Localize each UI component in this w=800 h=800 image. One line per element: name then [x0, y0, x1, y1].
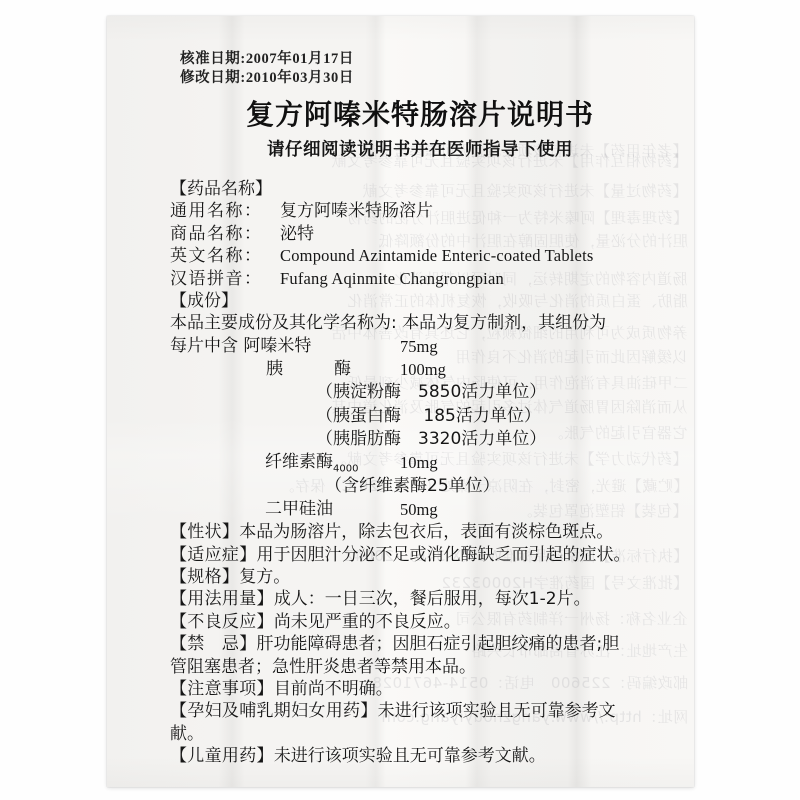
pinyin-name-label: 汉语拼音：	[170, 268, 280, 290]
composition-row: 每片中含 阿嗪米特75mg	[170, 335, 670, 358]
section-text: 未进行该项实验且无可靠参考文献。	[274, 746, 546, 766]
section-text: 肝功能障碍患者；因胆石症引起胆绞痛的患者;胆	[257, 634, 620, 654]
ingredient-name: 纤维素酶4000	[265, 452, 358, 472]
ingredient-name: （胰淀粉酶 5850活力单位）	[316, 382, 546, 402]
section-line: 献。	[170, 723, 670, 745]
composition-row: 二甲硅油50mg	[170, 498, 670, 521]
english-name-value: Compound Azintamide Enteric-coated Table…	[280, 245, 593, 267]
section-line: 【适应症】用于因胆汁分泌不足或消化酶缺乏而引起的症状。	[170, 544, 670, 566]
drug-name-section-header: 【药品名称】	[170, 178, 670, 200]
composition-row: （胰淀粉酶 5850活力单位）	[170, 381, 670, 404]
section-line: 【不良反应】尚未见严重的不良反应。	[170, 611, 670, 633]
section-header: 【用法用量】	[170, 589, 274, 609]
composition-intro: 本品主要成份及其化学名称为: 本品为复方制剂，其组份为	[170, 312, 670, 334]
section-line: 【规格】复方。	[170, 566, 670, 588]
section-line: 【儿童用药】未进行该项实验且无可靠参考文献。	[170, 745, 670, 767]
ingredient-name: 每片中含 阿嗪米特	[170, 336, 311, 356]
photo-background: 【老年用药】未进行该项实验且无可靠参考文献【药物相互作用】未进行该项实验且无可靠…	[0, 0, 800, 800]
ingredient-amount: 100mg	[400, 358, 446, 381]
composition-row: 纤维素酶400010mg	[170, 451, 670, 474]
ingredient-name: 二甲硅油	[265, 499, 333, 519]
section-text: 本品为肠溶片，除去包衣后，表面有淡棕色斑点。	[239, 522, 613, 542]
generic-name-value: 复方阿嗪米特肠溶片	[280, 200, 433, 222]
ingredient-amount: 10mg	[400, 451, 438, 474]
english-name-label: 英文名称：	[170, 245, 280, 267]
leaflet-body: 【药品名称】 通用名称： 复方阿嗪米特肠溶片 商品名称： 泌特 英文名称： Co…	[170, 178, 670, 768]
section-text: 目前尚不明确。	[274, 679, 393, 699]
pinyin-name-value: Fufang Aqinmite Changrongpian	[280, 268, 504, 290]
composition-row: 胰 酶100mg	[170, 358, 670, 381]
section-text: 用于因胆汁分泌不足或消化酶缺乏而引起的症状。	[257, 545, 631, 565]
section-header: 【性状】	[170, 522, 239, 542]
composition-rows: 每片中含 阿嗪米特75mg胰 酶100mg（胰淀粉酶 5850活力单位）（胰蛋白…	[170, 335, 670, 521]
ingredient-name: 胰 酶	[266, 359, 351, 379]
approval-date: 核准日期:2007年01月17日	[180, 50, 670, 69]
composition-row: （含纤维素酶25单位）	[170, 475, 670, 498]
trade-name-row: 商品名称： 泌特	[170, 223, 670, 245]
composition-section-header: 【成份】	[170, 290, 670, 312]
section-line: 【性状】本品为肠溶片，除去包衣后，表面有淡棕色斑点。	[170, 521, 670, 543]
composition-row: （胰脂肪酶 3320活力单位）	[170, 428, 670, 451]
composition-row: （胰蛋白酶 185活力单位）	[170, 405, 670, 428]
section-header: 【注意事项】	[170, 679, 274, 699]
ingredient-name: （含纤维素酶25单位）	[325, 476, 500, 496]
ingredient-name: （胰蛋白酶 185活力单位）	[316, 406, 541, 426]
english-name-row: 英文名称： Compound Azintamide Enteric-coated…	[170, 245, 670, 267]
leaflet-content: 核准日期:2007年01月17日 修改日期:2010年03月30日 复方阿嗪米特…	[107, 16, 694, 768]
section-header: 【规格】	[170, 567, 239, 587]
section-text: 管阻塞患者；急性肝炎患者等禁用本品。	[170, 657, 476, 677]
section-line: 管阻塞患者；急性肝炎患者等禁用本品。	[170, 656, 670, 678]
ingredient-name: （胰脂肪酶 3320活力单位）	[316, 429, 546, 449]
ingredient-subscript: 4000	[333, 464, 358, 475]
section-text: 未进行该项实验且无可靠参考文	[378, 701, 616, 721]
section-header: 【适应症】	[170, 545, 257, 565]
section-text: 成人：一日三次，餐后服用，每次1-2片。	[274, 589, 591, 609]
revision-date: 修改日期:2010年03月30日	[180, 69, 670, 88]
section-text: 献。	[170, 724, 204, 744]
section-text: 复方。	[239, 567, 290, 587]
section-header: 【不良反应】	[170, 612, 274, 632]
section-line: 【孕妇及哺乳期妇女用药】未进行该项实验且无可靠参考文	[170, 700, 670, 722]
ingredient-amount: 50mg	[400, 498, 438, 521]
generic-name-label: 通用名称：	[170, 200, 280, 222]
section-line: 【用法用量】成人：一日三次，餐后服用，每次1-2片。	[170, 588, 670, 610]
generic-name-row: 通用名称： 复方阿嗪米特肠溶片	[170, 200, 670, 222]
trade-name-value: 泌特	[280, 223, 314, 245]
leaflet-subtitle: 请仔细阅读说明书并在医师指导下使用	[170, 138, 670, 162]
sections: 【性状】本品为肠溶片，除去包衣后，表面有淡棕色斑点。【适应症】用于因胆汁分泌不足…	[170, 521, 670, 767]
leaflet-paper: 【老年用药】未进行该项实验且无可靠参考文献【药物相互作用】未进行该项实验且无可靠…	[107, 16, 694, 787]
section-header: 【儿童用药】	[170, 746, 274, 766]
pinyin-name-row: 汉语拼音： Fufang Aqinmite Changrongpian	[170, 268, 670, 290]
section-header: 【禁 忌】	[170, 634, 257, 654]
date-block: 核准日期:2007年01月17日 修改日期:2010年03月30日	[170, 50, 670, 88]
trade-name-label: 商品名称：	[170, 223, 280, 245]
section-text: 尚未见严重的不良反应。	[274, 612, 461, 632]
section-line: 【注意事项】目前尚不明确。	[170, 678, 670, 700]
section-header: 【孕妇及哺乳期妇女用药】	[170, 701, 378, 721]
leaflet-title: 复方阿嗪米特肠溶片说明书	[170, 100, 670, 130]
section-line: 【禁 忌】肝功能障碍患者；因胆石症引起胆绞痛的患者;胆	[170, 633, 670, 655]
ingredient-amount: 75mg	[400, 335, 438, 358]
